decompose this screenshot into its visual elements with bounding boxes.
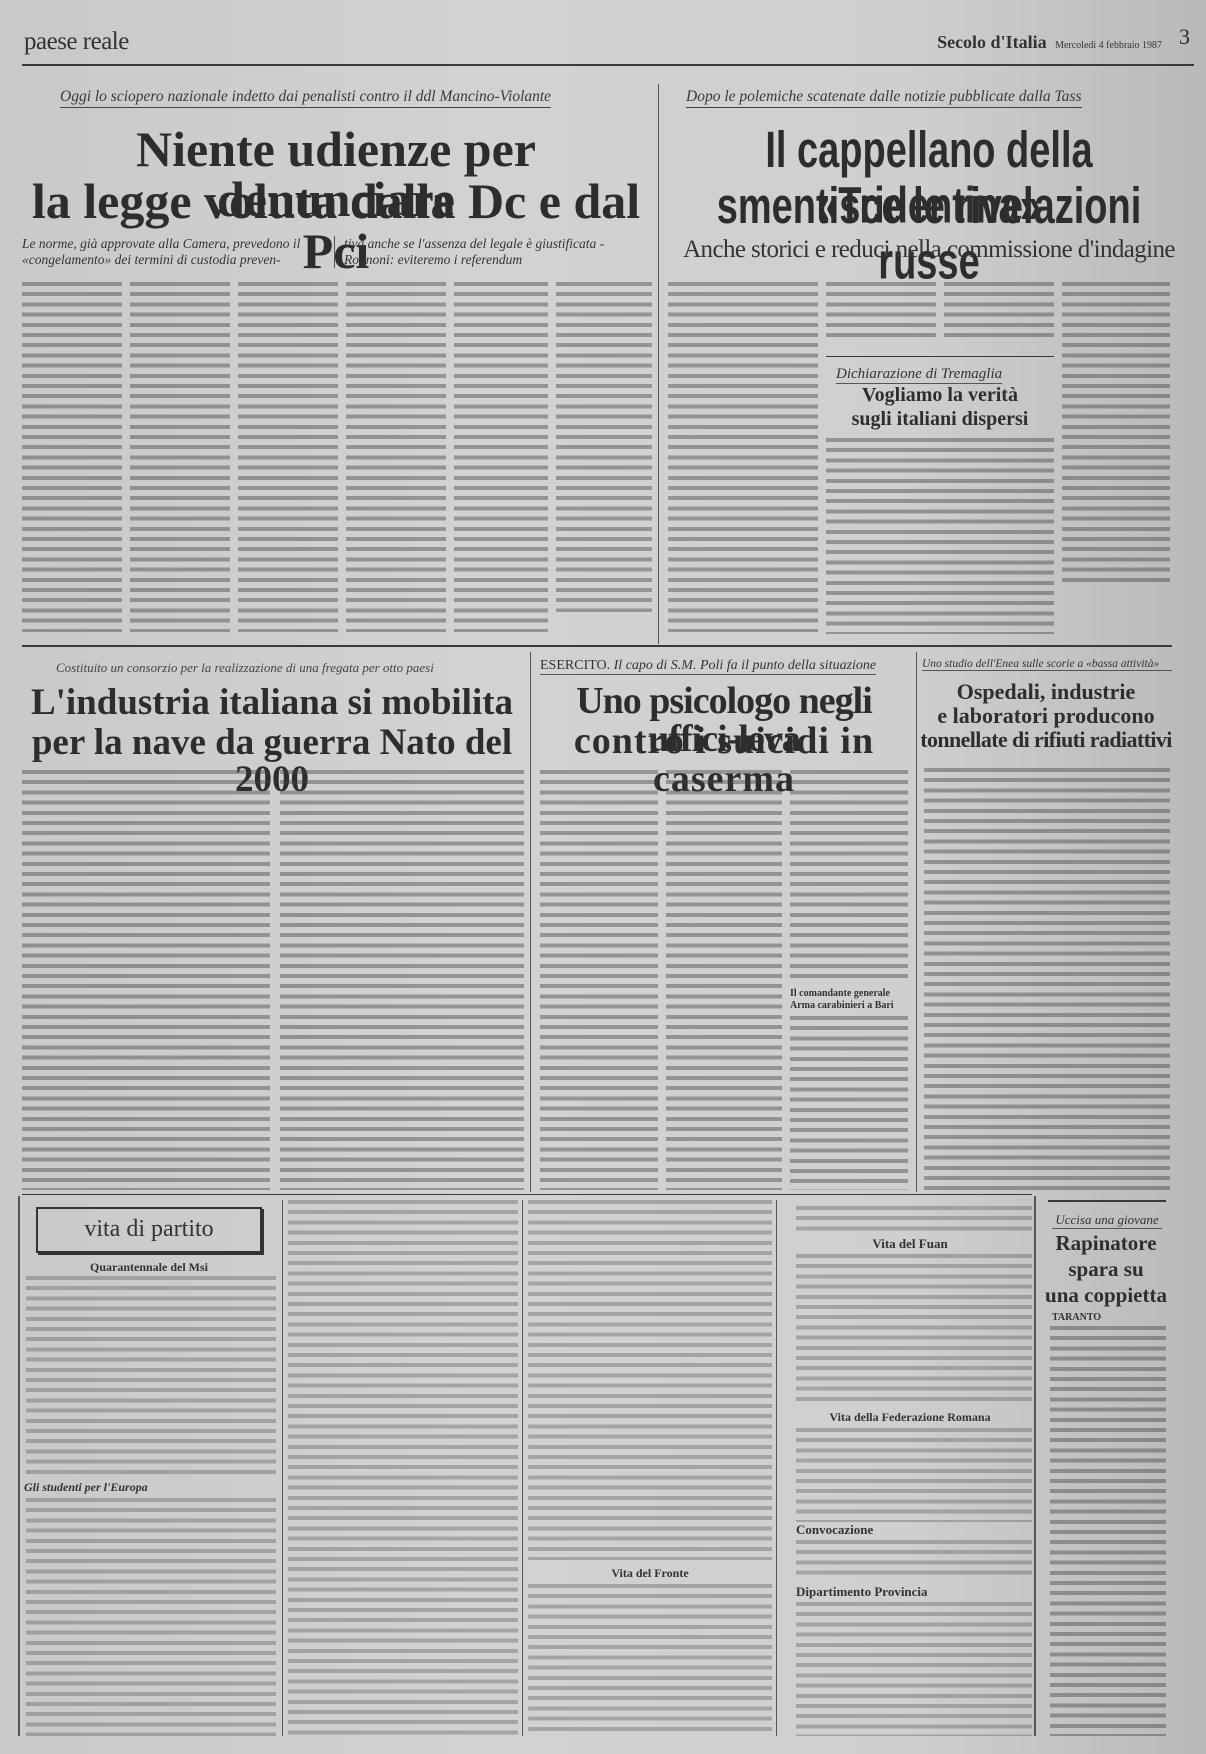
vita-left-border: [18, 1196, 20, 1736]
column-divider-2: [530, 652, 531, 1192]
tremaglia-kicker: Dichiarazione di Tremaglia: [836, 366, 1002, 384]
mid-rule: [22, 645, 1172, 647]
page-number: 3: [1179, 24, 1190, 50]
udienze-deck-left: Le norme, già approvate alla Camera, pre…: [22, 236, 322, 268]
cappellano-body-col4: [1062, 282, 1170, 582]
esercito-body-col1: [540, 770, 658, 1190]
esercito-body-col3b: [790, 1016, 908, 1190]
deck-divider: [334, 236, 335, 268]
vita-divider-3: [776, 1200, 777, 1736]
vita-di-partito-box: vita di partito: [36, 1207, 262, 1253]
udienze-deck-right: tiva anche se l'assenza del legale è giu…: [344, 236, 654, 268]
tremaglia-body: [826, 438, 1054, 634]
column-divider: [658, 84, 659, 644]
rapinatore-headline-line1: Rapinatore: [1044, 1232, 1168, 1255]
udienze-body-col6: [556, 282, 652, 612]
tremaglia-headline-line2: sugli italiani dispersi: [826, 408, 1054, 430]
tremaglia-top-rule: [826, 356, 1054, 357]
vita-section-studenti: Gli studenti per l'Europa: [24, 1480, 274, 1495]
vita-section-quarantennale: Quarantennale del Msi: [24, 1260, 274, 1275]
vita-body-col4e: [796, 1602, 1032, 1736]
nave-body-col1: [22, 770, 270, 1190]
cappellano-body-col3: [944, 282, 1054, 342]
nave-kicker: Costituito un consorzio per la realizzaz…: [56, 660, 434, 676]
rifiuti-body: [924, 768, 1170, 1190]
vita-body-col2: [288, 1200, 518, 1736]
rapinatore-top-rule: [1048, 1200, 1166, 1202]
esercito-kicker: ESERCITO. Il capo di S.M. Poli fa il pun…: [540, 658, 876, 675]
rapinatore-headline-line3: una coppietta: [1044, 1284, 1168, 1307]
vita-section-fuan: Vita del Fuan: [784, 1236, 1036, 1252]
tremaglia-headline-line1: Vogliamo la verità: [826, 384, 1054, 406]
udienze-body-col5: [454, 282, 548, 632]
esercito-body-col2: [666, 770, 782, 1190]
vita-divider-1: [282, 1200, 283, 1736]
cappellano-body-col1: [668, 282, 818, 632]
rapinatore-kicker: Uccisa una giovane: [1052, 1212, 1162, 1229]
vita-body-col4c: [796, 1428, 1032, 1522]
nave-headline-line1: L'industria italiana si mobilita: [14, 684, 530, 721]
vita-body-col1a: [26, 1276, 276, 1476]
column-divider-3: [916, 652, 917, 1192]
rifiuti-headline-line2: e laboratori producono: [920, 704, 1172, 728]
rifiuti-headline-line1: Ospedali, industrie: [920, 680, 1172, 704]
vita-body-col1b: [26, 1498, 276, 1736]
vita-body-col3b: [528, 1584, 772, 1736]
esercito-kicker-label: ESERCITO.: [540, 658, 610, 673]
vita-section-dipartimento: Dipartimento Provincia: [796, 1584, 928, 1600]
vita-section-fronte: Vita del Fronte: [528, 1566, 772, 1581]
cappellano-deck: Anche storici e reduci nella commissione…: [668, 236, 1190, 264]
vita-right-border: [1034, 1196, 1036, 1736]
vita-divider-2: [522, 1200, 523, 1736]
bottom-rule: [22, 1194, 1032, 1195]
esercito-subsection: Il comandante generale Arma carabinieri …: [790, 988, 908, 1012]
udienze-kicker: Oggi lo sciopero nazionale indetto dai p…: [60, 88, 551, 108]
udienze-body-col4: [346, 282, 446, 632]
vita-section-federazione: Vita della Federazione Romana: [784, 1410, 1036, 1425]
rifiuti-kicker: Uno studio dell'Enea sulle scorie a «bas…: [922, 658, 1172, 671]
esercito-body-col3: [790, 770, 908, 980]
vita-body-col4b: [796, 1254, 1032, 1404]
rapinatore-body: [1050, 1326, 1166, 1736]
udienze-body-col3: [238, 282, 338, 632]
cappellano-kicker: Dopo le polemiche scatenate dalle notizi…: [686, 88, 1082, 108]
vita-body-col4a: [796, 1206, 1032, 1232]
vita-body-col3a: [528, 1200, 772, 1560]
rapinatore-dateline: TARANTO: [1052, 1312, 1101, 1323]
rifiuti-headline-line3: tonnellate di rifiuti radiattivi: [920, 728, 1172, 752]
section-name: paese reale: [24, 28, 129, 56]
udienze-body-col1: [22, 282, 122, 632]
vita-section-convocazione: Convocazione: [796, 1522, 873, 1538]
header-rule: [22, 64, 1194, 66]
nave-body-col2: [280, 770, 524, 1190]
udienze-body-col2: [130, 282, 230, 632]
esercito-kicker-text: Il capo di S.M. Poli fa il punto della s…: [614, 658, 876, 673]
masthead: Secolo d'Italia Mercoledì 4 febbraio 198…: [937, 32, 1162, 53]
cappellano-body-col2: [826, 282, 936, 342]
vita-body-col4d: [796, 1540, 1032, 1576]
newspaper-name: Secolo d'Italia: [937, 32, 1047, 52]
rapinatore-headline-line2: spara su: [1044, 1258, 1168, 1281]
issue-date: Mercoledì 4 febbraio 1987: [1055, 40, 1162, 51]
